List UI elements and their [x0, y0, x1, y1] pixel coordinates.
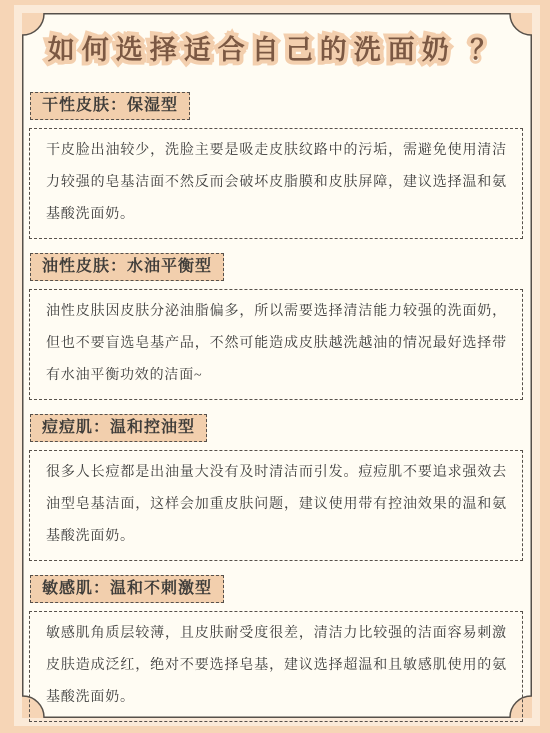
- section-sensitive-skin: 敏感肌：温和不刺激型 敏感肌角质层较薄，且皮肤耐受度很差，清洁力比较强的洁面容易…: [29, 575, 523, 722]
- section-label-oily-skin: 油性皮肤：水油平衡型: [30, 253, 224, 281]
- section-label-sensitive-skin-text: 敏感肌：温和不刺激型: [42, 580, 212, 597]
- card-content: 如何选择适合自己的洗面奶 ？ 如何选择适合自己的洗面奶 ？ 干性皮肤：保湿型 干…: [22, 13, 532, 718]
- page-title-text: 如何选择适合自己的洗面奶 ？: [29, 28, 523, 72]
- section-body-acne-skin: 很多人长痘都是出油量大没有及时清洁而引发。痘痘肌不要追求强效去油型皂基洁面，这样…: [29, 450, 523, 561]
- cleanser-guide-poster: 如何选择适合自己的洗面奶 ？ 如何选择适合自己的洗面奶 ？ 干性皮肤：保湿型 干…: [0, 0, 550, 733]
- content-card: 如何选择适合自己的洗面奶 ？ 如何选择适合自己的洗面奶 ？ 干性皮肤：保湿型 干…: [22, 13, 532, 718]
- section-body-acne-skin-text: 很多人长痘都是出油量大没有及时清洁而引发。痘痘肌不要追求强效去油型皂基洁面，这样…: [46, 457, 507, 553]
- section-label-dry-skin: 干性皮肤：保湿型: [30, 92, 190, 120]
- section-acne-skin: 痘痘肌：温和控油型 很多人长痘都是出油量大没有及时清洁而引发。痘痘肌不要追求强效…: [29, 414, 523, 561]
- section-body-oily-skin: 油性皮肤因皮肤分泌油脂偏多，所以需要选择清洁能力较强的洗面奶，但也不要盲选皂基产…: [29, 289, 523, 400]
- section-oily-skin: 油性皮肤：水油平衡型 油性皮肤因皮肤分泌油脂偏多，所以需要选择清洁能力较强的洗面…: [29, 253, 523, 400]
- section-label-dry-skin-text: 干性皮肤：保湿型: [42, 97, 178, 114]
- section-body-dry-skin-text: 干皮脸出油较少，洗脸主要是吸走皮肤纹路中的污垢，需避免使用清洁力较强的皂基洁面不…: [46, 135, 507, 231]
- section-label-sensitive-skin: 敏感肌：温和不刺激型: [30, 575, 224, 603]
- section-label-acne-skin: 痘痘肌：温和控油型: [30, 414, 207, 442]
- section-dry-skin: 干性皮肤：保湿型 干皮脸出油较少，洗脸主要是吸走皮肤纹路中的污垢，需避免使用清洁…: [29, 92, 523, 239]
- section-label-acne-skin-text: 痘痘肌：温和控油型: [42, 419, 195, 436]
- section-body-sensitive-skin: 敏感肌角质层较薄，且皮肤耐受度很差，清洁力比较强的洁面容易刺激皮肤造成泛红，绝对…: [29, 611, 523, 722]
- section-body-oily-skin-text: 油性皮肤因皮肤分泌油脂偏多，所以需要选择清洁能力较强的洗面奶，但也不要盲选皂基产…: [46, 296, 507, 392]
- page-title: 如何选择适合自己的洗面奶 ？ 如何选择适合自己的洗面奶 ？: [29, 28, 523, 72]
- section-label-oily-skin-text: 油性皮肤：水油平衡型: [42, 258, 212, 275]
- section-body-sensitive-skin-text: 敏感肌角质层较薄，且皮肤耐受度很差，清洁力比较强的洁面容易刺激皮肤造成泛红，绝对…: [46, 618, 507, 714]
- section-body-dry-skin: 干皮脸出油较少，洗脸主要是吸走皮肤纹路中的污垢，需避免使用清洁力较强的皂基洁面不…: [29, 128, 523, 239]
